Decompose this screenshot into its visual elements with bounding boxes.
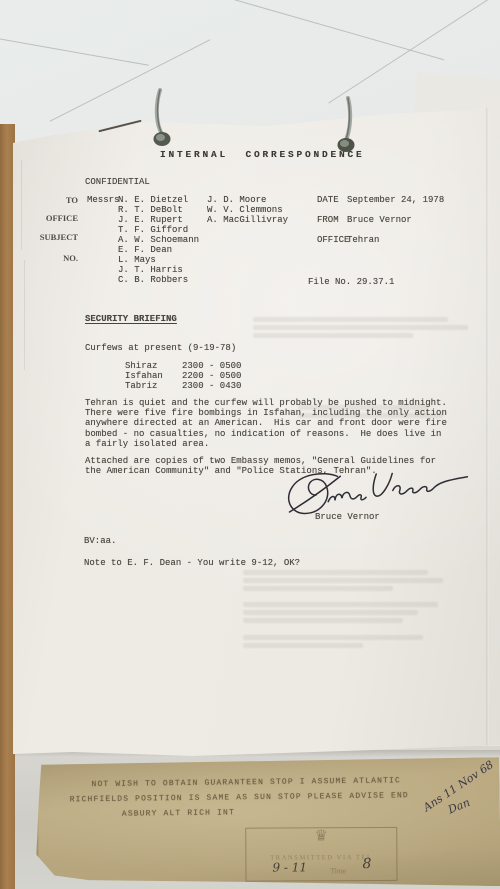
stamp-text: TRANSMITTED VIA TEL [246,854,396,862]
paper-crease [24,260,25,370]
paper-fold [486,105,489,757]
form-label-to: TO [30,195,78,205]
date-label: DATE [317,195,339,205]
show-through [243,586,393,591]
paper-crease [21,160,22,250]
table-scratch [0,35,149,66]
recipient-name: W. V. Clemmons [207,205,288,215]
date-value: September 24, 1978 [347,195,444,205]
curfew-heading: Curfews at present (9-19-78) [85,343,236,353]
curfew-city: Shiraz [125,361,157,371]
curfew-hours: 2200 - 0500 [182,371,241,381]
recipient-name: C. B. Robbers [118,275,199,285]
recipient-name: J. D. Moore [207,195,288,205]
form-label-no: NO. [30,253,78,263]
office-value: Tehran [347,235,379,245]
curfew-hours: 2300 - 0430 [182,381,241,391]
stamp-date-handwritten: 9 - 11 [272,860,307,874]
memo-page: INTERNAL CORRESPONDENCE CONFIDENTIAL TO … [13,105,500,757]
telegram-line: ASBURY ALT RICH INT [122,808,235,818]
curfew-city: Tabriz [125,381,157,391]
photo-of-document: NOT WISH TO OBTAIN GUARANTEEN STOP I ASS… [0,0,500,889]
curfew-city: Isfahan [125,371,163,381]
telegram-paper: NOT WISH TO OBTAIN GUARANTEEN STOP I ASS… [27,757,500,889]
paragraph-line: a fairly isolated area. [85,439,447,449]
telegram-line: RICHFIELDS POSITION IS SAME AS SUN STOP … [70,791,409,804]
paragraph-line: anywhere directed at an American. His ca… [85,418,447,428]
stamp-time-label: Time [330,866,346,875]
telegram-line: NOT WISH TO OBTAIN GUARANTEEN STOP I ASS… [91,776,401,789]
recipients-column-2: J. D. Moore W. V. Clemmons A. MacGillivr… [207,195,288,225]
folder-cardboard-edge [0,124,15,889]
note-line: Note to E. F. Dean - You write 9-12, OK? [84,558,300,568]
recipient-name: T. F. Gifford [118,225,199,235]
recipient-name: E. F. Dean [118,245,199,255]
show-through [243,643,363,648]
stamp-box: ♛ TRANSMITTED VIA TEL 9 - 11 Time 8 [245,827,397,882]
brass-fastener-right [331,94,363,158]
table-scratch [156,0,445,60]
recipient-name: J. T. Harris [118,265,199,275]
show-through [253,325,468,330]
recipients-column-1: N. E. Dietzel R. T. DeBolt J. E. Rupert … [118,195,199,285]
recipient-name: A. W. Schoemann [118,235,199,245]
show-through [243,610,418,615]
paragraph-line: Attached are copies of two Embassy memos… [85,456,436,466]
show-through [253,333,413,338]
signature-typed: Bruce Vernor [315,512,380,522]
from-value: Bruce Vernor [347,215,412,225]
show-through [243,635,423,640]
recipient-name: L. Mays [118,255,199,265]
recipient-name: J. E. Rupert [118,215,199,225]
show-through [243,570,428,575]
form-label-office: OFFICE [30,213,78,223]
paragraph-line: bombed - no casualties, no indication of… [85,429,447,439]
classification-label: CONFIDENTIAL [85,177,150,187]
stamp-time-handwritten: 8 [362,856,371,872]
crown-stamp-icon: ♛ [246,826,396,845]
typist-initials: BV:aa. [84,536,116,546]
show-through [253,317,448,322]
office-label: OFFICE [317,235,349,245]
recipient-name: N. E. Dietzel [118,195,199,205]
file-number: File No. 29.37.1 [308,277,394,287]
show-through [243,578,443,583]
recipient-name: A. MacGillivray [207,215,288,225]
show-through [243,618,403,623]
brass-fastener-left [146,88,178,152]
form-label-subject: SUBJECT [30,232,78,242]
section-title: SECURITY BRIEFING [85,314,177,324]
show-through [298,413,443,418]
recipient-name: R. T. DeBolt [118,205,199,215]
curfew-hours: 2300 - 0500 [182,361,241,371]
from-label: FROM [317,215,339,225]
show-through [298,405,428,410]
show-through [243,602,438,607]
